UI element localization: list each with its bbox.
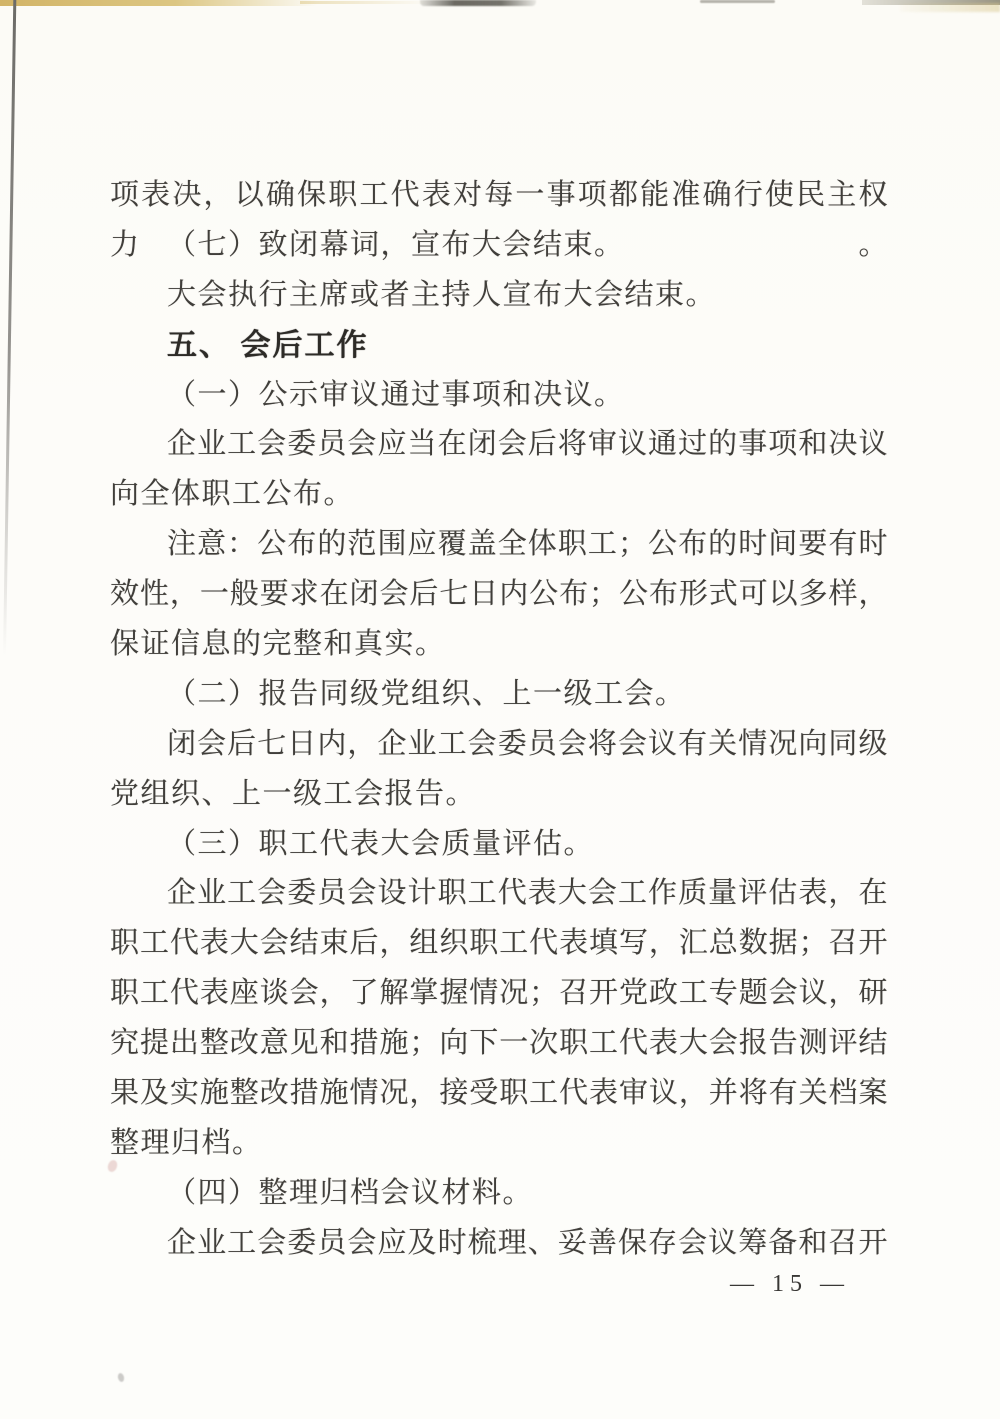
text-line: （二）报告同级党组织、上一级工会。 [110,670,888,720]
text-line: 企业工会委员会应当在闭会后将审议通过的事项和决议 [110,420,888,470]
scan-artifact-tan-strip [0,0,318,6]
text-line: 项表决，以确保职工代表对每一事项都能准确行使民主权力。 [110,171,888,221]
scan-artifact-edge-line [3,0,16,656]
scanned-document-page: 项表决，以确保职工代表对每一事项都能准确行使民主权力。 （七）致闭幕词，宣布大会… [0,0,1000,1419]
scan-artifact-gray-mark [117,1372,125,1382]
document-body: 项表决，以确保职工代表对每一事项都能准确行使民主权力。 （七）致闭幕词，宣布大会… [110,171,888,1269]
text-line: 保证信息的完整和真实。 [110,620,888,670]
text-line: 整理归档。 [110,1119,888,1169]
text-line: 注意：公布的范围应覆盖全体职工；公布的时间要有时 [110,520,888,570]
text-line: 效性，一般要求在闭会后七日内公布；公布形式可以多样， [110,570,888,620]
text-line: 大会执行主席或者主持人宣布大会结束。 [110,271,888,321]
scan-artifact-corner-tint [900,3,1000,12]
text-line: 闭会后七日内，企业工会委员会将会议有关情况向同级 [110,720,888,770]
page-number: — 15 — [730,1266,850,1302]
text-line: 究提出整改意见和措施；向下一次职工代表大会报告测评结 [110,1019,888,1069]
scan-artifact-dark-dash [700,0,775,3]
text-line: 职工代表座谈会，了解掌握情况；召开党政工专题会议，研 [110,969,888,1019]
text-line: 职工代表大会结束后，组织职工代表填写，汇总数据；召开 [110,919,888,969]
text-line: （三）职工代表大会质量评估。 [110,820,888,870]
text-line: （一）公示审议通过事项和决议。 [110,371,888,421]
text-line: 企业工会委员会应及时梳理、妥善保存会议筹备和召开 [110,1219,888,1269]
text-line: 企业工会委员会设计职工代表大会工作质量评估表，在 [110,869,888,919]
text-line: 果及实施整改措施情况，接受职工代表审议，并将有关档案 [110,1069,888,1119]
text-line: 党组织、上一级工会报告。 [110,770,888,820]
scan-artifact-tan-specks [300,1,430,4]
section-heading: 五、 会后工作 [110,321,888,371]
scan-artifact-dark-smudge [420,0,536,6]
scan-artifact-corner-band [862,0,1000,5]
text-line: 向全体职工公布。 [110,470,888,520]
text-line: （四）整理归档会议材料。 [110,1169,888,1219]
